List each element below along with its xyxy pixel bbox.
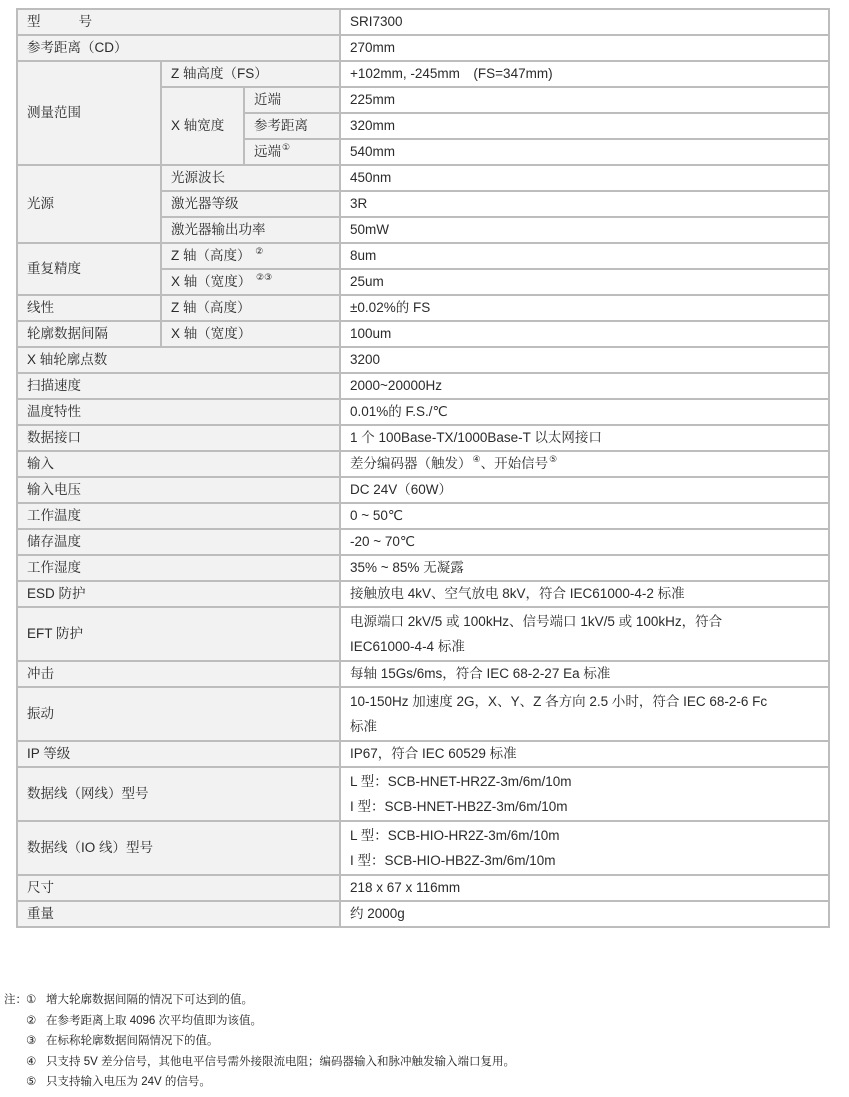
laser-class-label: 激光器等级 — [161, 191, 340, 217]
footnote-ref: ① — [282, 142, 290, 152]
repeat-x-label: X 轴（宽度） ②③ — [161, 269, 340, 295]
notes-indent — [4, 1072, 26, 1093]
table-row-eft: EFT 防护 电源端口 2kV/5 或 100kHz、信号端口 1kV/5 或 … — [17, 607, 829, 661]
storage-temp-value: -20 ~ 70℃ — [340, 529, 829, 555]
footnote-number: ① — [26, 990, 46, 1011]
footnote-item: ④ 只支持 5V 差分信号，其他电平信号需外接限流电阻；编码器输入和脉冲触发输入… — [4, 1052, 515, 1073]
data-interface-value: 1 个 100Base-TX/1000Base-T 以太网接口 — [340, 425, 829, 451]
table-row: 工作湿度 35% ~ 85% 无凝露 — [17, 555, 829, 581]
footnote-number: ④ — [26, 1052, 46, 1073]
ip-label: IP 等级 — [17, 741, 340, 767]
scan-speed-value: 2000~20000Hz — [340, 373, 829, 399]
table-row-dimensions: 尺寸 218 x 67 x 116mm — [17, 875, 829, 901]
table-row-shock: 冲击 每轴 15Gs/6ms，符合 IEC 68-2-27 Ea 标准 — [17, 661, 829, 687]
spec-table: 型号 SRI7300 参考距离（CD） 270mm 测量范围 Z 轴高度（FS）… — [16, 8, 830, 928]
input-value: 差分编码器（触发）④、开始信号⑤ — [340, 451, 829, 477]
footnote-text: 增大轮廓数据间隔的情况下可达到的值。 — [46, 990, 253, 1011]
io-cable-i-type: I 型：SCB-HIO-HB2Z-3m/6m/10m — [350, 848, 828, 873]
eft-value-line2: IEC61000-4-4 标准 — [350, 634, 828, 659]
table-row: 数据接口 1 个 100Base-TX/1000Base-T 以太网接口 — [17, 425, 829, 451]
notes-indent — [4, 1011, 26, 1032]
repeat-x-value: 25um — [340, 269, 829, 295]
repeat-x-label-text: X 轴（宽度） — [171, 274, 251, 289]
table-row-vibration: 振动 10-150Hz 加速度 2G，X、Y、Z 各方向 2.5 小时，符合 I… — [17, 687, 829, 741]
io-cable-l-type: L 型：SCB-HIO-HR2Z-3m/6m/10m — [350, 823, 828, 848]
operating-temp-label: 工作温度 — [17, 503, 340, 529]
net-cable-label: 数据线（网线）型号 — [17, 767, 340, 821]
operating-temp-value: 0 ~ 50℃ — [340, 503, 829, 529]
table-row-profile-interval: 轮廓数据间隔 X 轴（宽度） 100um — [17, 321, 829, 347]
shock-value: 每轴 15Gs/6ms，符合 IEC 68-2-27 Ea 标准 — [340, 661, 829, 687]
x-points-label: X 轴轮廓点数 — [17, 347, 340, 373]
footnote-number: ③ — [26, 1031, 46, 1052]
notes-prefix: 注： — [4, 990, 26, 1011]
humidity-value: 35% ~ 85% 无凝露 — [340, 555, 829, 581]
table-row: 输入电压 DC 24V（60W） — [17, 477, 829, 503]
reference-distance-value: 270mm — [340, 35, 829, 61]
x-reference-value: 320mm — [340, 113, 829, 139]
footnotes: 注： ① 增大轮廓数据间隔的情况下可达到的值。 ② 在参考距离上取 4096 次… — [4, 990, 515, 1093]
eft-value-line1: 电源端口 2kV/5 或 100kHz、信号端口 1kV/5 或 100kHz，… — [350, 609, 828, 634]
footnote-number: ⑤ — [26, 1072, 46, 1093]
table-row-weight: 重量 约 2000g — [17, 901, 829, 927]
linearity-sub-label: Z 轴（高度） — [161, 295, 340, 321]
table-row-net-cable: 数据线（网线）型号 L 型：SCB-HNET-HR2Z-3m/6m/10mI 型… — [17, 767, 829, 821]
io-cable-label: 数据线（IO 线）型号 — [17, 821, 340, 875]
measurement-range-label: 测量范围 — [17, 61, 161, 165]
net-cable-i-type: I 型：SCB-HNET-HB2Z-3m/6m/10m — [350, 794, 828, 819]
input-value-b: 、开始信号 — [481, 456, 549, 471]
x-near-value: 225mm — [340, 87, 829, 113]
footnote-ref: ④ — [473, 454, 481, 464]
temp-characteristic-label: 温度特性 — [17, 399, 340, 425]
notes-indent — [4, 1052, 26, 1073]
table-row-model: 型号 SRI7300 — [17, 9, 829, 35]
model-label-a: 型 — [27, 14, 41, 29]
x-points-value: 3200 — [340, 347, 829, 373]
vibration-value-line2: 标准 — [350, 714, 828, 739]
table-row-z-height: 测量范围 Z 轴高度（FS） +102mm, -245mm (FS=347mm) — [17, 61, 829, 87]
table-row: ESD 防护 接触放电 4kV、空气放电 8kV，符合 IEC61000-4-2… — [17, 581, 829, 607]
z-height-value: +102mm, -245mm (FS=347mm) — [340, 61, 829, 87]
linearity-value: ±0.02%的 FS — [340, 295, 829, 321]
repeat-z-value: 8um — [340, 243, 829, 269]
laser-class-value: 3R — [340, 191, 829, 217]
footnote-ref: ② — [255, 246, 263, 256]
io-cable-value: L 型：SCB-HIO-HR2Z-3m/6m/10mI 型：SCB-HIO-HB… — [340, 821, 829, 875]
profile-interval-label: 轮廓数据间隔 — [17, 321, 161, 347]
table-row: 扫描速度 2000~20000Hz — [17, 373, 829, 399]
storage-temp-label: 储存温度 — [17, 529, 340, 555]
x-far-label: 远端① — [244, 139, 340, 165]
input-label: 输入 — [17, 451, 340, 477]
humidity-label: 工作湿度 — [17, 555, 340, 581]
dimensions-value: 218 x 67 x 116mm — [340, 875, 829, 901]
profile-interval-value: 100um — [340, 321, 829, 347]
laser-power-label: 激光器输出功率 — [161, 217, 340, 243]
footnote-item: ⑤ 只支持输入电压为 24V 的信号。 — [4, 1072, 515, 1093]
table-row-reference-distance: 参考距离（CD） 270mm — [17, 35, 829, 61]
x-width-label: X 轴宽度 — [161, 87, 244, 165]
vibration-value: 10-150Hz 加速度 2G，X、Y、Z 各方向 2.5 小时，符合 IEC … — [340, 687, 829, 741]
notes-indent — [4, 1031, 26, 1052]
table-row: X 轴轮廓点数 3200 — [17, 347, 829, 373]
footnote-item: ③ 在标称轮廓数据间隔情况下的值。 — [4, 1031, 515, 1052]
table-row-io-cable: 数据线（IO 线）型号 L 型：SCB-HIO-HR2Z-3m/6m/10mI … — [17, 821, 829, 875]
table-row: 工作温度 0 ~ 50℃ — [17, 503, 829, 529]
input-voltage-label: 输入电压 — [17, 477, 340, 503]
footnote-text: 在标称轮廓数据间隔情况下的值。 — [46, 1031, 219, 1052]
ip-value: IP67，符合 IEC 60529 标准 — [340, 741, 829, 767]
linearity-label: 线性 — [17, 295, 161, 321]
scan-speed-label: 扫描速度 — [17, 373, 340, 399]
input-value-a: 差分编码器（触发） — [350, 456, 472, 471]
x-far-label-text: 远端 — [254, 144, 281, 159]
model-label-b: 号 — [79, 14, 93, 29]
footnote-number: ② — [26, 1011, 46, 1032]
temp-characteristic-value: 0.01%的 F.S./℃ — [340, 399, 829, 425]
input-voltage-value: DC 24V（60W） — [340, 477, 829, 503]
repeat-z-label: Z 轴（高度） ② — [161, 243, 340, 269]
x-near-label: 近端 — [244, 87, 340, 113]
laser-power-value: 50mW — [340, 217, 829, 243]
esd-label: ESD 防护 — [17, 581, 340, 607]
footnote-text: 只支持输入电压为 24V 的信号。 — [46, 1072, 211, 1093]
wavelength-value: 450nm — [340, 165, 829, 191]
wavelength-label: 光源波长 — [161, 165, 340, 191]
net-cable-value: L 型：SCB-HNET-HR2Z-3m/6m/10mI 型：SCB-HNET-… — [340, 767, 829, 821]
footnote-item: ② 在参考距离上取 4096 次平均值即为该值。 — [4, 1011, 515, 1032]
model-label: 型号 — [17, 9, 340, 35]
table-row: 储存温度 -20 ~ 70℃ — [17, 529, 829, 555]
repeat-z-label-text: Z 轴（高度） — [171, 248, 251, 263]
eft-value: 电源端口 2kV/5 或 100kHz、信号端口 1kV/5 或 100kHz，… — [340, 607, 829, 661]
table-row-ip: IP 等级 IP67，符合 IEC 60529 标准 — [17, 741, 829, 767]
z-height-label: Z 轴高度（FS） — [161, 61, 340, 87]
dimensions-label: 尺寸 — [17, 875, 340, 901]
footnote-ref: ②③ — [256, 272, 272, 282]
model-value: SRI7300 — [340, 9, 829, 35]
repeatability-label: 重复精度 — [17, 243, 161, 295]
footnote-text: 只支持 5V 差分信号，其他电平信号需外接限流电阻；编码器输入和脉冲触发输入端口… — [46, 1052, 515, 1073]
light-source-label: 光源 — [17, 165, 161, 243]
footnote-item: 注： ① 增大轮廓数据间隔的情况下可达到的值。 — [4, 990, 515, 1011]
table-row-input: 输入 差分编码器（触发）④、开始信号⑤ — [17, 451, 829, 477]
x-reference-label: 参考距离 — [244, 113, 340, 139]
table-row: 温度特性 0.01%的 F.S./℃ — [17, 399, 829, 425]
weight-label: 重量 — [17, 901, 340, 927]
table-row-repeat-z: 重复精度 Z 轴（高度） ② 8um — [17, 243, 829, 269]
shock-label: 冲击 — [17, 661, 340, 687]
x-far-value: 540mm — [340, 139, 829, 165]
footnote-ref: ⑤ — [549, 454, 557, 464]
reference-distance-label: 参考距离（CD） — [17, 35, 340, 61]
table-row-linearity: 线性 Z 轴（高度） ±0.02%的 FS — [17, 295, 829, 321]
vibration-value-line1: 10-150Hz 加速度 2G，X、Y、Z 各方向 2.5 小时，符合 IEC … — [350, 689, 828, 714]
net-cable-l-type: L 型：SCB-HNET-HR2Z-3m/6m/10m — [350, 769, 828, 794]
footnote-text: 在参考距离上取 4096 次平均值即为该值。 — [46, 1011, 262, 1032]
vibration-label: 振动 — [17, 687, 340, 741]
data-interface-label: 数据接口 — [17, 425, 340, 451]
eft-label: EFT 防护 — [17, 607, 340, 661]
table-row-wavelength: 光源 光源波长 450nm — [17, 165, 829, 191]
weight-value: 约 2000g — [340, 901, 829, 927]
profile-interval-sub-label: X 轴（宽度） — [161, 321, 340, 347]
esd-value: 接触放电 4kV、空气放电 8kV，符合 IEC61000-4-2 标准 — [340, 581, 829, 607]
